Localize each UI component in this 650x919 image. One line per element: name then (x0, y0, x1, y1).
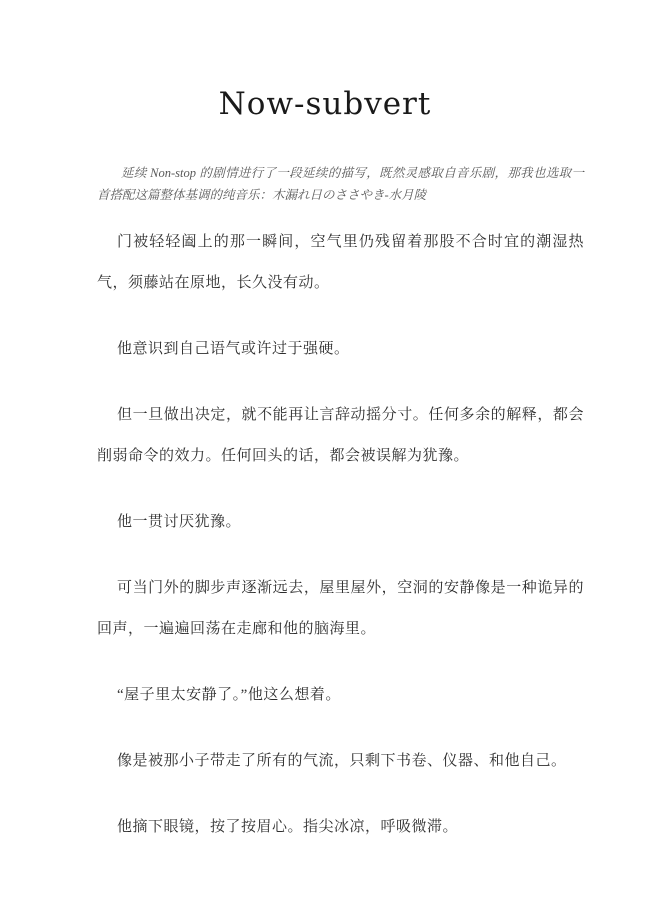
paragraph: 可当门外的脚步声逐渐远去，屋里屋外，空洞的安静像是一种诡异的回声，一遍遍回荡在走… (97, 568, 584, 650)
paragraph: 像是被那小子带走了所有的气流，只剩下书卷、仪器、和他自己。 (97, 741, 584, 782)
paragraph: “屋子里太安静了。”他这么想着。 (97, 675, 584, 716)
paragraph: 他意识到自己语气或许过于强硬。 (97, 329, 584, 370)
paragraph: 他摘下眼镜，按了按眉心。指尖冰凉，呼吸微滞。 (97, 807, 584, 848)
paragraph: 门被轻轻阖上的那一瞬间，空气里仍残留着那股不合时宜的潮湿热气，须藤站在原地，长久… (97, 222, 584, 304)
paragraph-list: 门被轻轻阖上的那一瞬间，空气里仍残留着那股不合时宜的潮湿热气，须藤站在原地，长久… (97, 222, 584, 848)
paragraph: 但一旦做出决定，就不能再让言辞动摇分寸。任何多余的解释，都会削弱命令的效力。任何… (97, 395, 584, 477)
intro-note: 延续 Non-stop 的剧情进行了一段延续的描写，既然灵感取自音乐剧，那我也选… (97, 162, 584, 206)
document-page: Now-subvert 延续 Non-stop 的剧情进行了一段延续的描写，既然… (0, 0, 650, 919)
paragraph: 他一贯讨厌犹豫。 (97, 502, 584, 543)
document-title: Now-subvert (66, 86, 584, 123)
